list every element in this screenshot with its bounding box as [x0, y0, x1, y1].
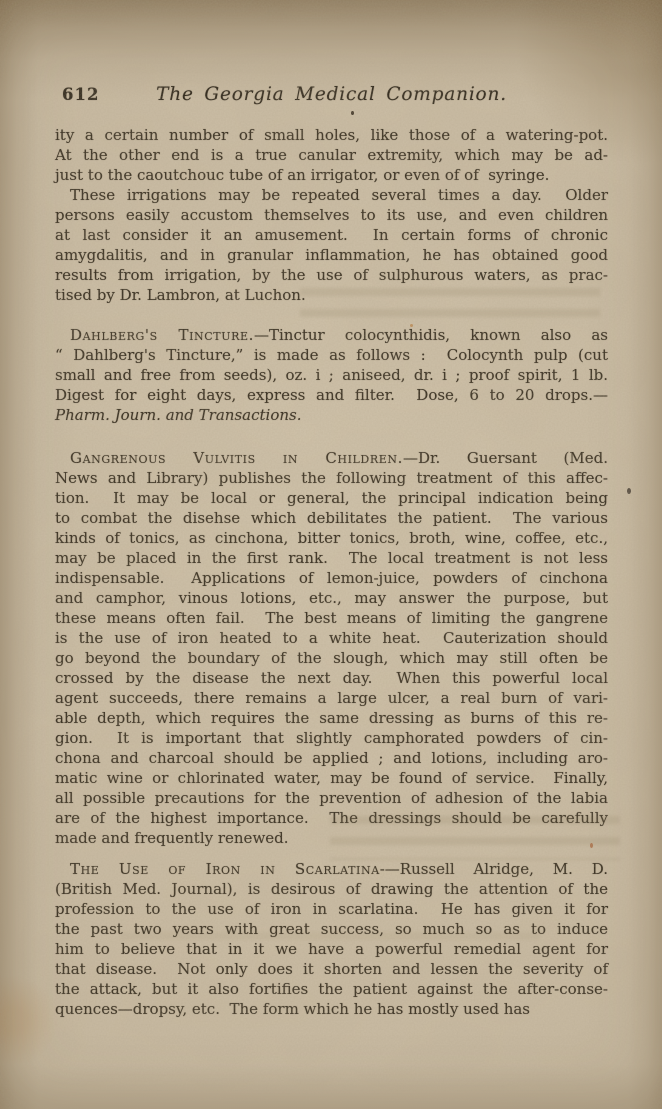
text-line: that disease. Not only does it shorten a… [55, 959, 608, 979]
ink-speck [627, 488, 631, 494]
text-line: and camphor, vinous lotions, etc., may a… [55, 588, 608, 608]
text-line: ity a certain number of small holes, lik… [55, 125, 608, 145]
text-line: agent succeeds, there remains a large ul… [55, 688, 608, 708]
text-line: may be placed in the first rank. The loc… [55, 548, 608, 568]
text-line: quences—dropsy, etc. The form which he h… [55, 999, 608, 1019]
text-line: News and Library) publishes the followin… [55, 468, 608, 488]
text-line: all possible precautions for the prevent… [55, 788, 608, 808]
text-line: at last consider it an amusement. In cer… [55, 225, 608, 245]
text-line: the attack, but it also fortifies the pa… [55, 979, 608, 999]
running-title: The Georgia Medical Companion. [55, 84, 608, 105]
text-line: Digest for eight days, express and filte… [55, 385, 608, 405]
text-line: these means often fail. The best means o… [55, 608, 608, 628]
text-line: made and frequently renewed. [55, 828, 608, 848]
text-line: small and free from seeds), oz. i ; anis… [55, 365, 608, 385]
text-line: profession to the use of iron in scarlat… [55, 899, 608, 919]
text-line: “ Dahlberg's Tincture,” is made as follo… [55, 345, 608, 365]
text-line: Gangrenous Vulvitis in Children.—Dr. Gue… [55, 448, 608, 468]
text-line: indispensable. Applications of lemon-jui… [55, 568, 608, 588]
ink-speck [351, 111, 354, 115]
text-line: results from irrigation, by the use of s… [55, 265, 608, 285]
text-line: gion. It is important that slightly camp… [55, 728, 608, 748]
text-line: the past two years with great success, s… [55, 919, 608, 939]
text-line: persons easily accustom themselves to it… [55, 205, 608, 225]
text-line: able depth, which requires the same dres… [55, 708, 608, 728]
text-line: him to believe that in it we have a powe… [55, 939, 608, 959]
text-line: (British Med. Journal), is desirous of d… [55, 879, 608, 899]
paragraph-irrigations: These irrigations may be repeated severa… [55, 185, 608, 305]
text-line: are of the highest importance. The dress… [55, 808, 608, 828]
text-block: ity a certain number of small holes, lik… [55, 125, 608, 1019]
text-line: The Use of Iron in Scarlatina-—Russell A… [55, 859, 608, 879]
text-line: matic wine or chlorinated water, may be … [55, 768, 608, 788]
text-line: kinds of tonics, as cinchona, bitter ton… [55, 528, 608, 548]
book-page: 612 The Georgia Medical Companion. ity a… [0, 0, 662, 1109]
page-header: 612 The Georgia Medical Companion. [55, 84, 608, 108]
text-line: go beyond the boundary of the slough, wh… [55, 648, 608, 668]
text-line: amygdalitis, and in granular inflammatio… [55, 245, 608, 265]
paragraph-continuation-watering-pot: ity a certain number of small holes, lik… [55, 125, 608, 185]
text-line: to combat the disehse which debilitates … [55, 508, 608, 528]
text-line: Dahlberg's Tincture.—Tinctur colocynthid… [55, 325, 608, 345]
text-line: At the other end is a true canular extre… [55, 145, 608, 165]
text-line: is the use of iron heated to a white hea… [55, 628, 608, 648]
text-line: chona and charcoal should be applied ; a… [55, 748, 608, 768]
text-line: These irrigations may be repeated severa… [55, 185, 608, 205]
text-line: crossed by the disease the next day. Whe… [55, 668, 608, 688]
paragraph-dahlbergs-tincture: Dahlberg's Tincture.—Tinctur colocynthid… [55, 325, 608, 425]
text-line: tion. It may be local or general, the pr… [55, 488, 608, 508]
text-line: Pharm. Journ. and Transactions. [55, 405, 608, 425]
text-line: tised by Dr. Lambron, at Luchon. [55, 285, 608, 305]
text-line: just to the caoutchouc tube of an irriga… [55, 165, 608, 185]
paragraph-gangrenous-vulvitis: Gangrenous Vulvitis in Children.—Dr. Gue… [55, 448, 608, 848]
paragraph-iron-in-scarlatina: The Use of Iron in Scarlatina-—Russell A… [55, 859, 608, 1019]
